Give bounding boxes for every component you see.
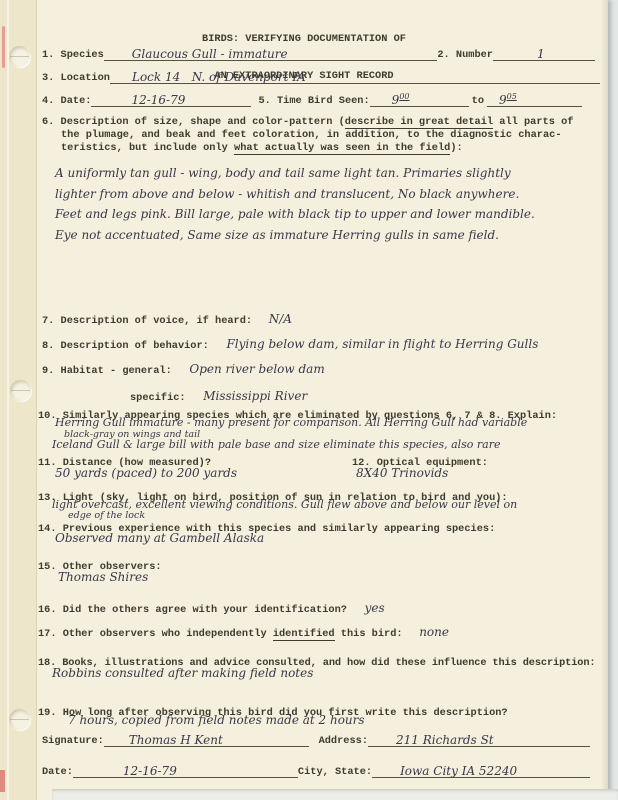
q14-value: Observed many at Gambell Alaska xyxy=(55,531,264,545)
q10-answer-line2: Iceland Gull & large bill with pale base… xyxy=(52,438,501,451)
time-to-line: 905 xyxy=(487,89,582,107)
number-label: 2. Number xyxy=(437,49,493,61)
signature-label: Signature: xyxy=(42,735,104,747)
paper-edge-artifact-bottom xyxy=(0,770,5,792)
q6-label-underlined2: what actually was seen in the field xyxy=(234,142,450,155)
number-input-line: 1 xyxy=(493,43,595,61)
q6-answer-line2: lighter from above and below - whitish a… xyxy=(55,184,535,205)
time-to-value: 905 xyxy=(499,92,517,107)
q8-row: 8. Description of behavior: Flying below… xyxy=(42,335,538,353)
time-from-line: 900 xyxy=(370,89,469,107)
row-date-citystate: Date: 12-16-79 City, State: Iowa City IA… xyxy=(42,761,590,778)
q7-row: 7. Description of voice, if heard: N/A xyxy=(42,310,292,328)
date-value: 12-16-79 xyxy=(131,93,185,107)
q9-general-value: Open river below dam xyxy=(189,362,324,376)
number-value: 1 xyxy=(537,47,545,61)
date-label: 4. Date: xyxy=(42,95,91,107)
q17-label-underlined: identified xyxy=(273,628,335,641)
q6-label-line3: teristics, but include only xyxy=(61,142,234,154)
q6-answer-line3: Feet and legs pink. Bill large, pale wit… xyxy=(55,204,535,225)
q9-specific-row: specific: Mississippi River xyxy=(130,387,307,405)
signature-input-line: Thomas H Kent xyxy=(104,729,309,747)
screenshot-root: BIRDS: VERIFYING DOCUMENTATION OF AN EXT… xyxy=(0,0,618,800)
punch-hole-bottom xyxy=(9,709,30,730)
q17-row: 17. Other observers who independently id… xyxy=(38,623,449,641)
city-state-value: Iowa City IA 52240 xyxy=(400,764,517,778)
scanned-form-page: BIRDS: VERIFYING DOCUMENTATION OF AN EXT… xyxy=(0,0,608,800)
paper-fold-line xyxy=(7,0,9,800)
q9-specific-label: specific: xyxy=(130,392,186,404)
q11-value: 50 yards (paced) to 200 yards xyxy=(55,466,237,480)
city-state-input-line: Iowa City IA 52240 xyxy=(372,760,590,778)
q8-label: 8. Description of behavior: xyxy=(42,340,209,352)
q10-answer-line1: Herring Gull immature - many present for… xyxy=(55,416,527,429)
q19-value: 7 hours, copied from field notes made at… xyxy=(68,713,365,727)
q9-row: 9. Habitat - general: Open river below d… xyxy=(42,360,325,378)
time-seen-label: 5. Time Bird Seen: xyxy=(258,95,369,107)
time-to-word: to xyxy=(472,95,484,107)
q17-value: none xyxy=(419,625,449,639)
species-value: Glaucous Gull - immature xyxy=(132,47,288,61)
q16-value: yes xyxy=(365,601,385,615)
binding-strip xyxy=(0,0,37,800)
q16-row: 16. Did the others agree with your ident… xyxy=(38,599,385,617)
q9-label: 9. Habitat - general: xyxy=(42,365,172,377)
paper-right-shadow xyxy=(601,0,608,800)
row-signature-address: Signature: Thomas H Kent Address: 211 Ri… xyxy=(42,730,590,747)
q6-answer-line4: Eye not accentuated, Same size as immatu… xyxy=(55,225,535,246)
q7-label: 7. Description of voice, if heard: xyxy=(42,315,252,327)
q17-label: 17. Other observers who independently xyxy=(38,628,273,640)
q6-answer-line1: A uniformly tan gull - wing, body and ta… xyxy=(55,163,535,184)
row-date-time: 4. Date: 12-16-79 5. Time Bird Seen: 900… xyxy=(42,90,582,107)
row-species-number: 1. Species Glaucous Gull - immature 2. N… xyxy=(42,44,595,61)
address-input-line: 211 Richards St xyxy=(368,729,590,747)
q16-label: 16. Did the others agree with your ident… xyxy=(38,604,347,616)
paper-bottom-edge xyxy=(52,789,618,800)
location-label: 3. Location xyxy=(42,72,110,84)
q8-value: Flying below dam, similar in flight to H… xyxy=(226,337,538,351)
bottom-date-label: Date: xyxy=(42,766,73,778)
q7-value: N/A xyxy=(269,312,292,326)
address-label: Address: xyxy=(319,735,368,747)
city-state-label: City, State: xyxy=(298,766,372,778)
signature-value: Thomas H Kent xyxy=(129,733,223,747)
date-input-line: 12-16-79 xyxy=(91,89,251,107)
species-label: 1. Species xyxy=(42,49,104,61)
species-input-line: Glaucous Gull - immature xyxy=(104,43,438,61)
time-from-value: 900 xyxy=(392,92,410,107)
q6-label: 6. Description of size, shape and color-… xyxy=(42,114,573,153)
q15-value: Thomas Shires xyxy=(58,570,148,584)
location-value: Lock 14 N. of Davenport IA xyxy=(132,70,306,84)
q9-specific-value: Mississippi River xyxy=(203,389,307,403)
address-value: 211 Richards St xyxy=(396,733,494,747)
row-location: 3. Location Lock 14 N. of Davenport IA xyxy=(42,67,600,84)
q12-value: 8X40 Trinovids xyxy=(356,466,448,480)
bottom-date-input-line: 12-16-79 xyxy=(73,760,298,778)
punch-hole-middle xyxy=(10,380,31,401)
bottom-date-value: 12-16-79 xyxy=(123,764,177,778)
q18-value: Robbins consulted after making field not… xyxy=(52,666,313,680)
location-input-line: Lock 14 N. of Davenport IA xyxy=(110,66,600,84)
q6-answer: A uniformly tan gull - wing, body and ta… xyxy=(55,163,535,245)
